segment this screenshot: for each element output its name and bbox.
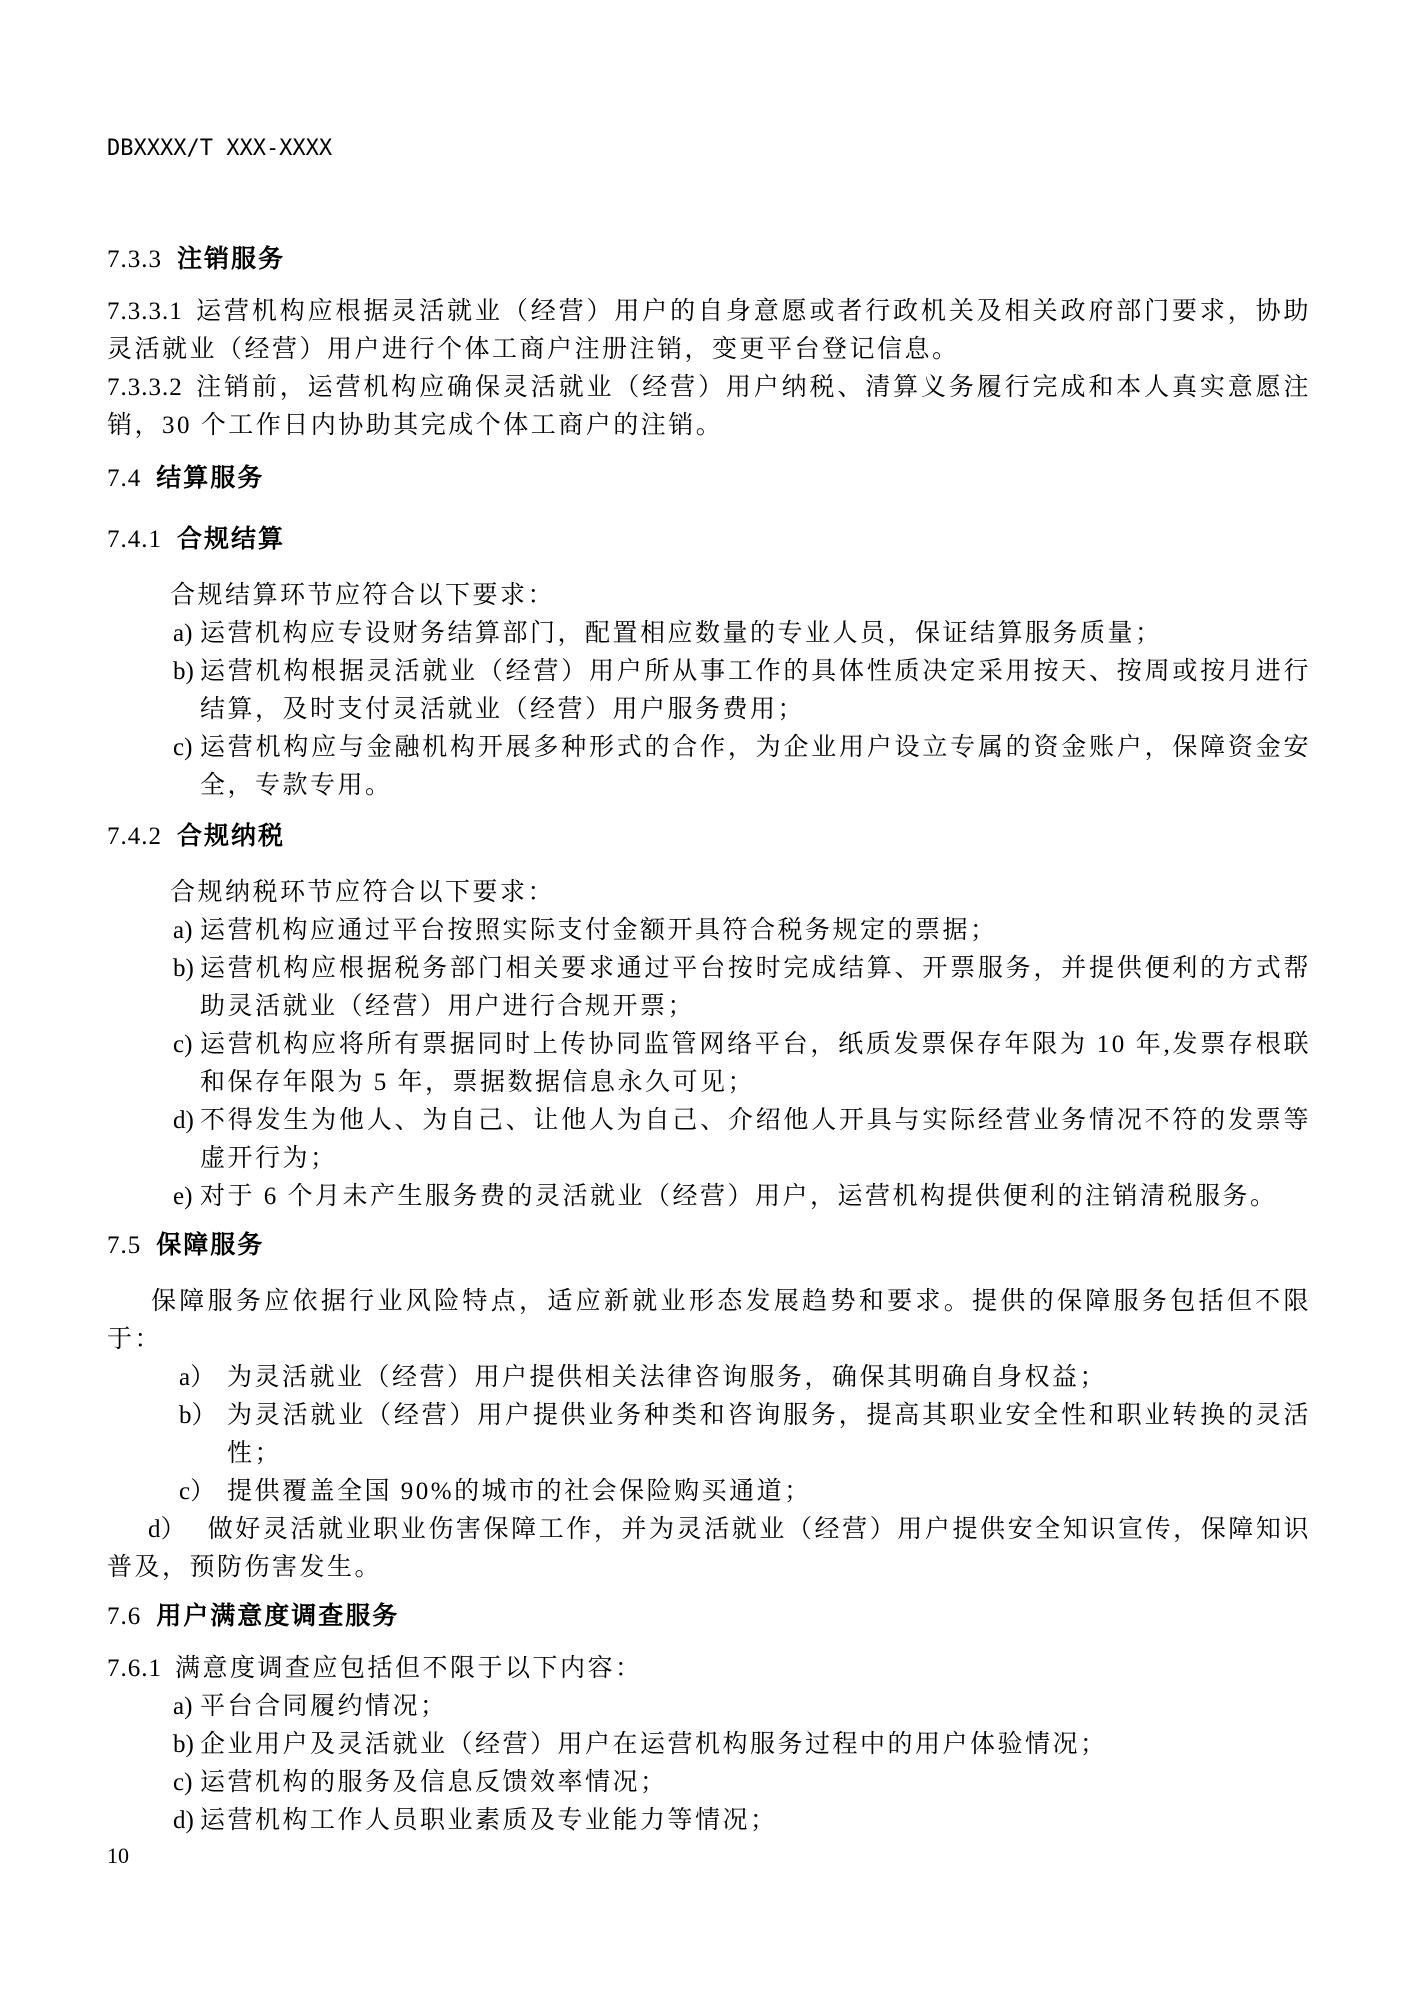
list-item: a)运营机构应通过平台按照实际支付金额开具符合税务规定的票据； — [107, 912, 1311, 950]
clause-7-3-3-1: 7.3.3.1运营机构应根据灵活就业（经营）用户的自身意愿或者行政机关及相关政府… — [107, 293, 1311, 369]
section-heading-7-6: 7.6用户满意度调查服务 — [107, 1597, 1311, 1636]
list-text: 不得发生为他人、为自己、让他人为自己、介绍他人开具与实际经营业务情况不符的发票等… — [200, 1107, 1311, 1172]
section-heading-7-4-2: 7.4.2合规纳税 — [107, 817, 1311, 856]
doc-code: DBXXXX/T XXX-XXXX — [107, 138, 1311, 160]
document-content: DBXXXX/T XXX-XXXX 7.3.3注销服务 7.3.3.1运营机构应… — [0, 0, 1411, 1868]
clause-7-6-1: 7.6.1满意度调查应包括但不限于以下内容： — [107, 1650, 1311, 1688]
list-text: 运营机构应根据税务部门相关要求通过平台按时完成结算、开票服务，并提供便利的方式帮… — [200, 955, 1311, 1020]
list-item: a)平台合同履约情况； — [107, 1688, 1311, 1726]
list-text: 提供覆盖全国 90%的城市的社会保险购买通道； — [227, 1478, 812, 1505]
list-marker: a） — [179, 1359, 215, 1397]
clause-7-3-3-2: 7.3.3.2注销前，运营机构应确保灵活就业（经营）用户纳税、清算义务履行完成和… — [107, 369, 1311, 445]
list-text: 为灵活就业（经营）用户提供相关法律咨询服务，确保其明确自身权益； — [227, 1364, 1107, 1391]
heading-title: 合规纳税 — [177, 822, 285, 850]
list-text: 运营机构应将所有票据同时上传协同监管网络平台，纸质发票保存年限为 10 年,发票… — [200, 1031, 1311, 1096]
list-marker: e) — [173, 1178, 192, 1216]
list-text: 运营机构应通过平台按照实际支付金额开具符合税务规定的票据； — [200, 917, 998, 944]
section-intro: 保障服务应依据行业风险特点，适应新就业形态发展趋势和要求。提供的保障服务包括但不… — [107, 1283, 1311, 1359]
clause-text: 注销前，运营机构应确保灵活就业（经营）用户纳税、清算义务履行完成和本人真实意愿注… — [107, 374, 1311, 439]
heading-number: 7.5 — [107, 1232, 141, 1259]
list-marker: d) — [173, 1102, 194, 1140]
list-marker: a) — [173, 615, 192, 653]
heading-title: 结算服务 — [156, 464, 264, 492]
list-intro: 合规结算环节应符合以下要求： — [170, 577, 1311, 615]
list-item: b)运营机构应根据税务部门相关要求通过平台按时完成结算、开票服务，并提供便利的方… — [107, 950, 1311, 1026]
list-text: 运营机构的服务及信息反馈效率情况； — [200, 1769, 668, 1796]
clause-text: 运营机构应根据灵活就业（经营）用户的自身意愿或者行政机关及相关政府部门要求，协助… — [107, 298, 1311, 363]
heading-number: 7.4 — [107, 465, 141, 492]
list-marker: d) — [173, 1802, 194, 1840]
list-item: b）为灵活就业（经营）用户提供业务种类和咨询服务，提高其职业安全性和职业转换的灵… — [107, 1397, 1311, 1473]
list-marker: a) — [173, 1688, 192, 1726]
heading-number: 7.4.2 — [107, 823, 162, 850]
list-item: c）提供覆盖全国 90%的城市的社会保险购买通道； — [107, 1473, 1311, 1511]
heading-title: 用户满意度调查服务 — [156, 1602, 399, 1630]
list-marker: b) — [173, 653, 194, 691]
list-marker: a) — [173, 912, 192, 950]
clause-number: 7.3.3.1 — [107, 298, 183, 325]
list-intro: 合规纳税环节应符合以下要求： — [170, 874, 1311, 912]
list-item: c)运营机构应将所有票据同时上传协同监管网络平台，纸质发票保存年限为 10 年,… — [107, 1026, 1311, 1102]
document-page: DBXXXX/T XXX-XXXX 7.3.3注销服务 7.3.3.1运营机构应… — [0, 0, 1411, 1995]
list-item: a）为灵活就业（经营）用户提供相关法律咨询服务，确保其明确自身权益； — [107, 1359, 1311, 1397]
heading-title: 保障服务 — [156, 1231, 264, 1259]
section-heading-7-5: 7.5保障服务 — [107, 1226, 1311, 1265]
list-text: 为灵活就业（经营）用户提供业务种类和咨询服务，提高其职业安全性和职业转换的灵活性… — [227, 1402, 1311, 1467]
list-marker: c） — [179, 1473, 215, 1511]
heading-title: 合规结算 — [177, 525, 285, 553]
list-text: 运营机构应与金融机构开展多种形式的合作，为企业用户设立专属的资金账户，保障资金安… — [200, 734, 1311, 799]
clause-text: 满意度调查应包括但不限于以下内容： — [175, 1655, 643, 1682]
list-item: d)运营机构工作人员职业素质及专业能力等情况； — [107, 1802, 1311, 1840]
list-marker: b） — [179, 1397, 217, 1435]
list-item: d）做好灵活就业职业伤害保障工作，并为灵活就业（经营）用户提供安全知识宣传，保障… — [107, 1511, 1311, 1587]
heading-number: 7.6 — [107, 1603, 141, 1630]
list-text: 运营机构应专设财务结算部门，配置相应数量的专业人员，保证结算服务质量； — [200, 620, 1163, 647]
list-marker: c) — [173, 729, 192, 767]
list-marker: d） — [148, 1516, 186, 1543]
list-item: c)运营机构应与金融机构开展多种形式的合作，为企业用户设立专属的资金账户，保障资… — [107, 729, 1311, 805]
list-marker: c) — [173, 1764, 192, 1802]
page-number: 10 — [107, 1844, 1311, 1868]
list-item: d)不得发生为他人、为自己、让他人为自己、介绍他人开具与实际经营业务情况不符的发… — [107, 1102, 1311, 1178]
list-text: 对于 6 个月未产生服务费的灵活就业（经营）用户，运营机构提供便利的注销清税服务… — [200, 1183, 1278, 1210]
section-heading-7-4: 7.4结算服务 — [107, 459, 1311, 498]
heading-number: 7.3.3 — [107, 246, 162, 273]
list-marker: b) — [173, 1726, 194, 1764]
list-item: c)运营机构的服务及信息反馈效率情况； — [107, 1764, 1311, 1802]
heading-number: 7.4.1 — [107, 526, 162, 553]
clause-number: 7.3.3.2 — [107, 374, 183, 401]
clause-number: 7.6.1 — [107, 1655, 162, 1682]
list-item: b)运营机构根据灵活就业（经营）用户所从事工作的具体性质决定采用按天、按周或按月… — [107, 653, 1311, 729]
list-item: b)企业用户及灵活就业（经营）用户在运营机构服务过程中的用户体验情况； — [107, 1726, 1311, 1764]
heading-title: 注销服务 — [177, 245, 285, 273]
list-item: a)运营机构应专设财务结算部门，配置相应数量的专业人员，保证结算服务质量； — [107, 615, 1311, 653]
list-marker: b) — [173, 950, 194, 988]
list-text: 平台合同履约情况； — [200, 1693, 448, 1720]
list-item: e)对于 6 个月未产生服务费的灵活就业（经营）用户，运营机构提供便利的注销清税… — [107, 1178, 1311, 1216]
list-text: 做好灵活就业职业伤害保障工作，并为灵活就业（经营）用户提供安全知识宣传，保障知识… — [107, 1516, 1311, 1581]
list-text: 运营机构根据灵活就业（经营）用户所从事工作的具体性质决定采用按天、按周或按月进行… — [200, 658, 1311, 723]
list-text: 运营机构工作人员职业素质及专业能力等情况； — [200, 1807, 778, 1834]
section-heading-7-4-1: 7.4.1合规结算 — [107, 520, 1311, 559]
list-text: 企业用户及灵活就业（经营）用户在运营机构服务过程中的用户体验情况； — [200, 1731, 1108, 1758]
section-heading-7-3-3: 7.3.3注销服务 — [107, 240, 1311, 279]
list-marker: c) — [173, 1026, 192, 1064]
